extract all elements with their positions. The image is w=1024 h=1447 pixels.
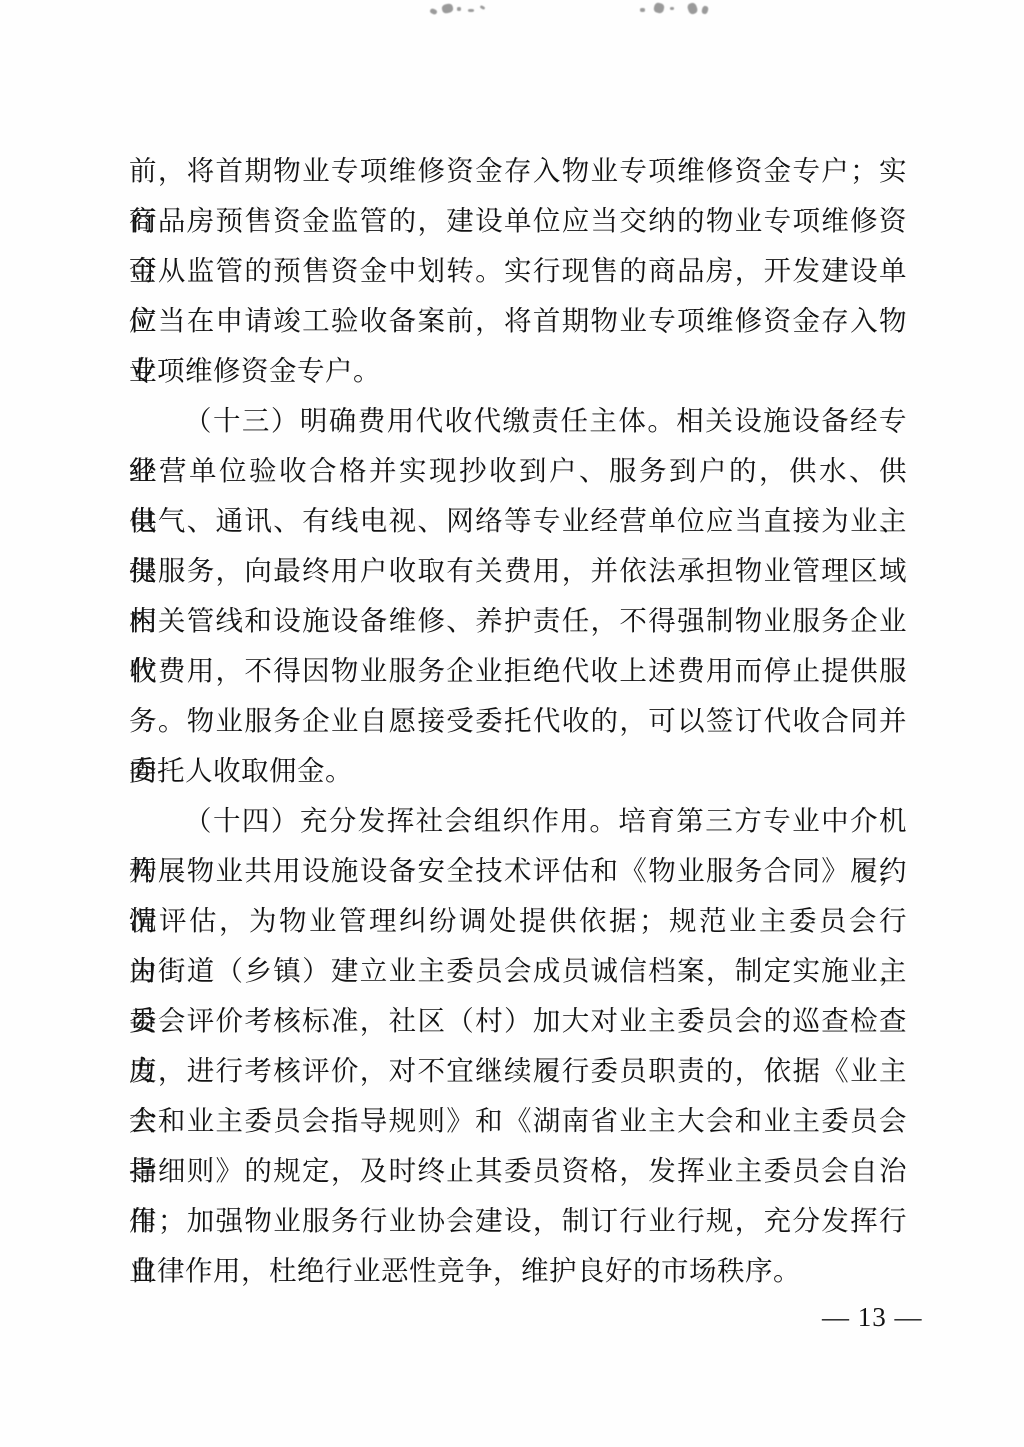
text-line: 况评估，为物业管理纠纷调处提供依据；规范业主委员会行为， xyxy=(129,896,907,946)
page-number: — 13 — xyxy=(822,1302,923,1333)
text-line: 应当在申请竣工验收备案前，将首期物业专项维修资金存入物业 xyxy=(129,296,907,346)
text-line: 委托人收取佣金。 xyxy=(129,746,907,796)
text-line: 供气、通讯、有线电视、网络等专业经营单位应当直接为业主提 xyxy=(129,496,907,546)
text-line: （十四）充分发挥社会组织作用。培育第三方专业中介机构， xyxy=(129,796,907,846)
text-line: 会和业主委员会指导规则》和《湖南省业主大会和业主委员会指 xyxy=(129,1096,907,1146)
text-line: 由街道（乡镇）建立业主委员会成员诚信档案，制定实施业主委 xyxy=(129,946,907,996)
text-line: 自律作用，杜绝行业恶性竞争，维护良好的市场秩序。 xyxy=(129,1246,907,1296)
text-line: 导细则》的规定，及时终止其委员资格，发挥业主委员会自治作 xyxy=(129,1146,907,1196)
text-line: 前，将首期物业专项维修资金存入物业专项维修资金专户；实行 xyxy=(129,146,907,196)
scan-smudge-left xyxy=(430,3,494,19)
text-line: 可从监管的预售资金中划转。实行现售的商品房，开发建设单位 xyxy=(129,246,907,296)
text-line: 用；加强物业服务行业协会建设，制订行业行规，充分发挥行业 xyxy=(129,1196,907,1246)
text-line: 相关管线和设施设备维修、养护责任，不得强制物业服务企业代 xyxy=(129,596,907,646)
text-line: 员会评价考核标准，社区（村）加大对业主委员会的巡查检查力 xyxy=(129,996,907,1046)
text-line: 专项维修资金专户。 xyxy=(129,346,907,396)
text-line: 商品房预售资金监管的，建设单位应当交纳的物业专项维修资金 xyxy=(129,196,907,246)
text-line: 度，进行考核评价，对不宜继续履行委员职责的，依据《业主大 xyxy=(129,1046,907,1096)
text-line: （十三）明确费用代收代缴责任主体。相关设施设备经专业 xyxy=(129,396,907,446)
document-page: 前，将首期物业专项维修资金存入物业专项维修资金专户；实行 商品房预售资金监管的，… xyxy=(0,0,1024,1447)
text-line: 开展物业共用设施设备安全技术评估和《物业服务合同》履约情 xyxy=(129,846,907,896)
text-line: 供服务，向最终用户收取有关费用，并依法承担物业管理区域内 xyxy=(129,546,907,596)
text-line: 务。物业服务企业自愿接受委托代收的，可以签订代收合同并向 xyxy=(129,696,907,746)
document-body: 前，将首期物业专项维修资金存入物业专项维修资金专户；实行 商品房预售资金监管的，… xyxy=(129,146,907,1296)
scan-smudge-right xyxy=(640,1,720,19)
text-line: 收费用，不得因物业服务企业拒绝代收上述费用而停止提供服 xyxy=(129,646,907,696)
text-line: 经营单位验收合格并实现抄收到户、服务到户的，供水、供电、 xyxy=(129,446,907,496)
